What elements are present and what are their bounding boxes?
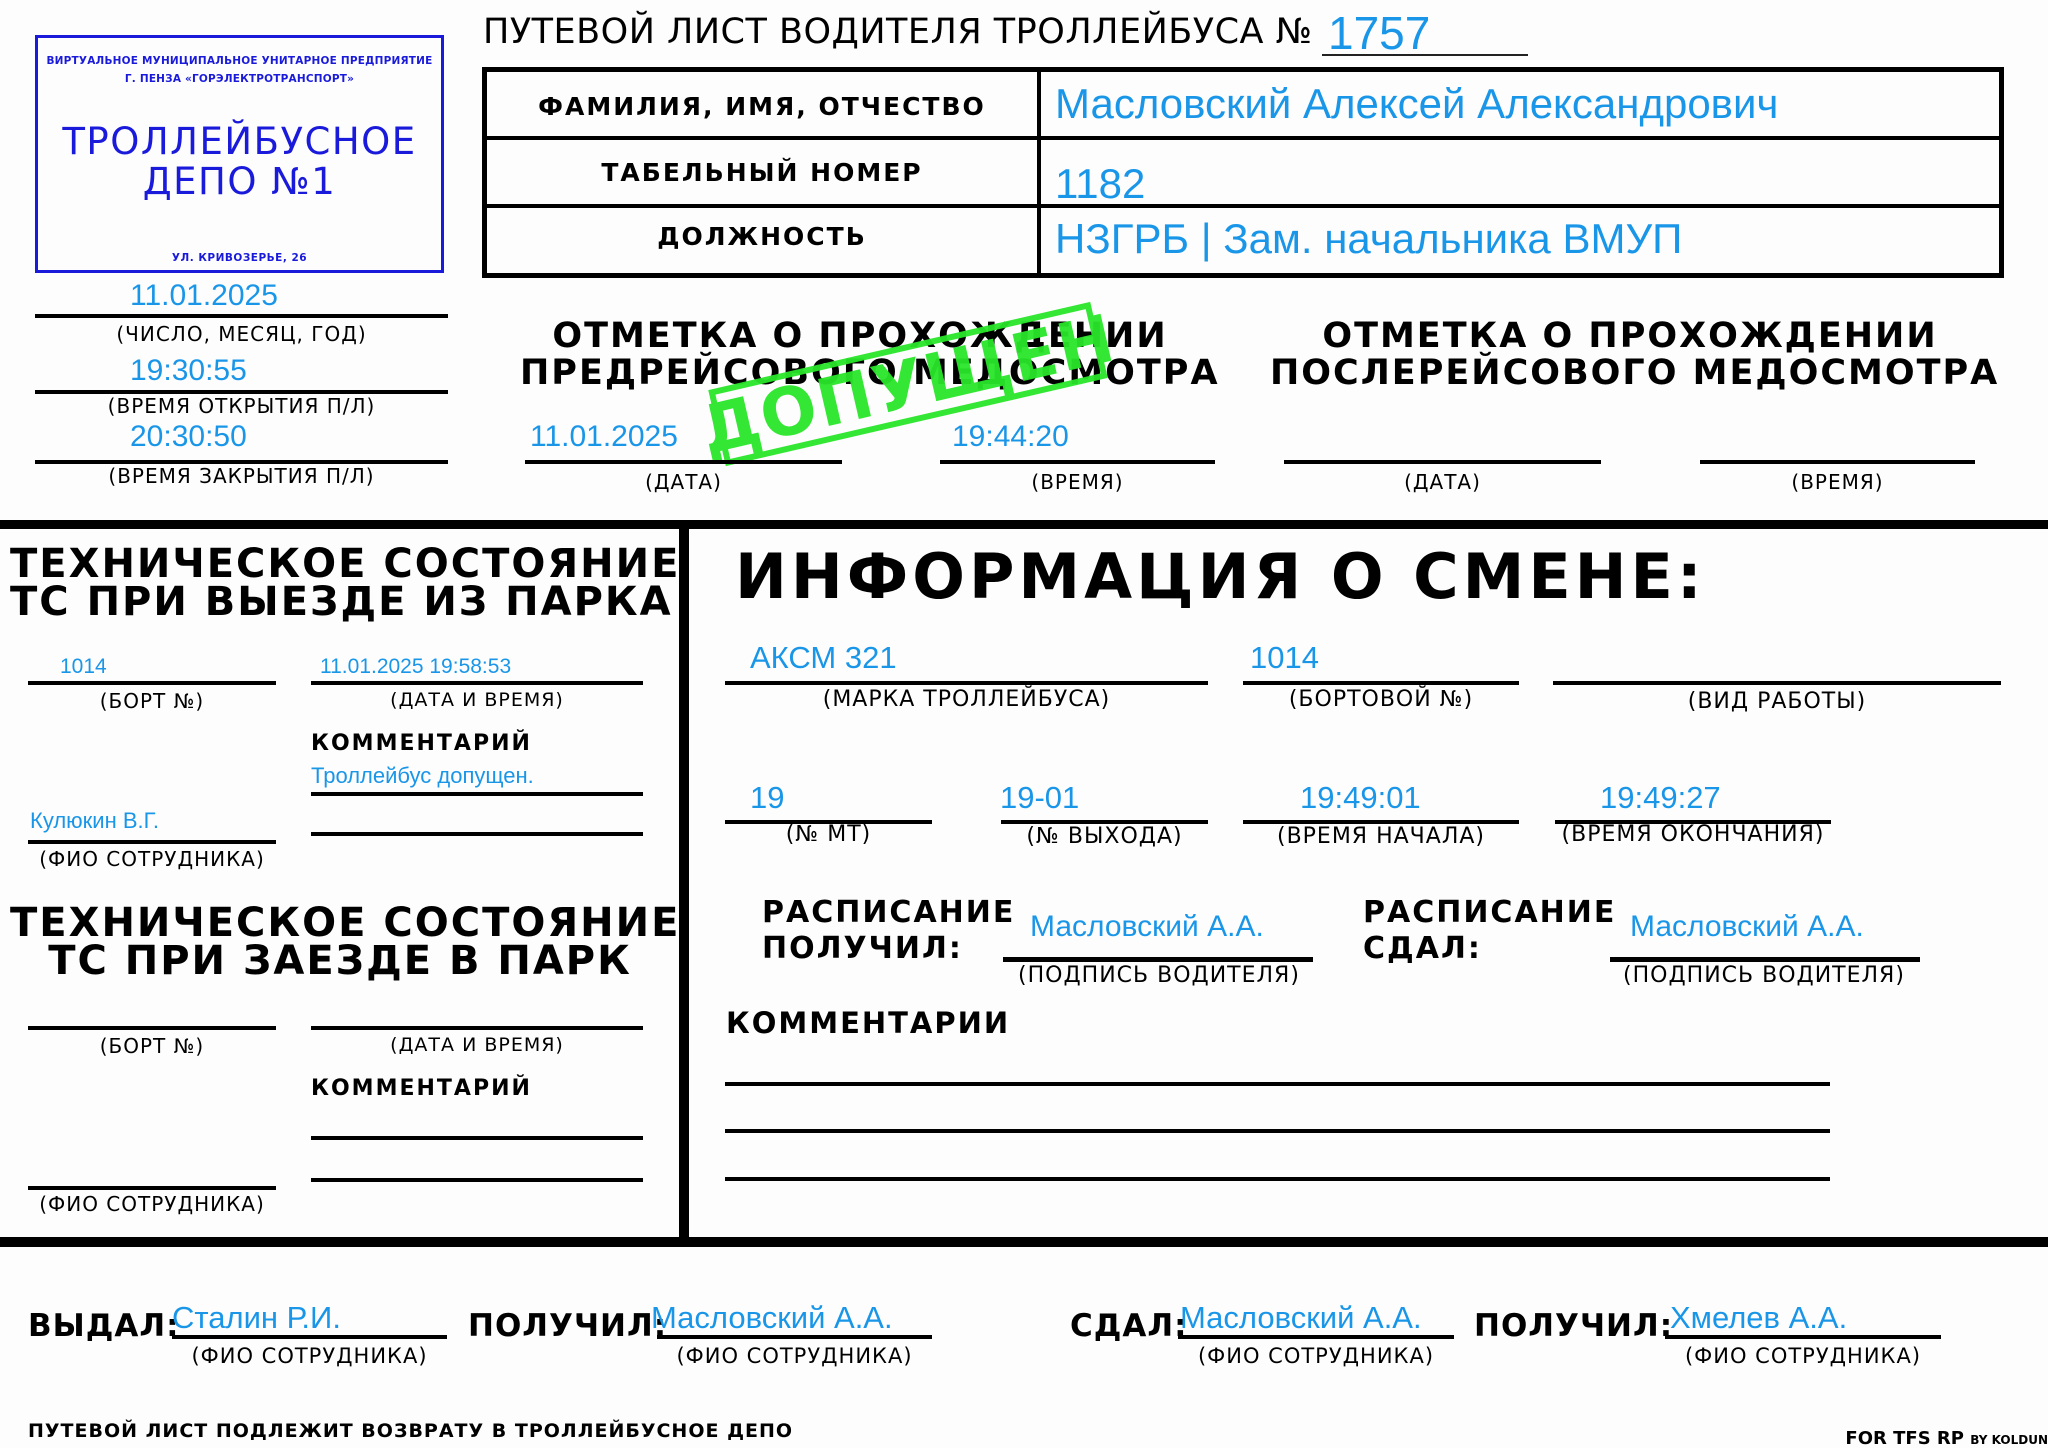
end-time-value[interactable]: 19:49:27 (1600, 780, 1721, 816)
returned-label: СДАЛ: (1070, 1308, 1188, 1344)
tech-return-heading: ТЕХНИЧЕСКОЕ СОСТОЯНИЕ ТС ПРИ ЗАЕЗДЕ В ПА… (10, 904, 670, 980)
schedule-received-line-2: ПОЛУЧИЛ: (762, 931, 1015, 967)
end-time-caption: (ВРЕМЯ ОКОНЧАНИЯ) (1540, 822, 1846, 847)
tech-exit-datetime-value[interactable]: 11.01.2025 19:58:53 (320, 655, 511, 679)
tech-return-board-caption: (БОРТ №) (28, 1034, 276, 1058)
personnel-number-value[interactable]: 1182 (1055, 160, 1145, 208)
section-divider-top (0, 520, 2048, 529)
posttrip-heading-line-2: ПОСЛЕРЕЙСОВОГО МЕДОСМОТРА (1270, 355, 1990, 392)
tech-exit-employee-line (28, 840, 276, 844)
issued-caption: (ФИО СОТРУДНИКА) (172, 1344, 447, 1368)
trolleybus-model-value[interactable]: АКСМ 321 (750, 640, 897, 676)
page-title: ПУТЕВОЙ ЛИСТ ВОДИТЕЛЯ ТРОЛЛЕЙБУСА № (483, 12, 1313, 52)
schedule-returned-line-1: РАСПИСАНИЕ (1363, 895, 1616, 931)
posttrip-time-caption: (ВРЕМЯ) (1700, 470, 1975, 494)
org-line-1: ВИРТУАЛЬНОЕ МУНИЦИПАЛЬНОЕ УНИТАРНОЕ ПРЕД… (38, 52, 441, 70)
tech-exit-employee-value[interactable]: Кулюкин В.Г. (30, 808, 159, 834)
full-name-label: ФАМИЛИЯ, ИМЯ, ОТЧЕСТВО (487, 92, 1037, 121)
start-time-value[interactable]: 19:49:01 (1300, 780, 1421, 816)
shift-comments-label: КОММЕНТАРИИ (726, 1006, 1010, 1040)
schedule-returned-label: РАСПИСАНИЕ СДАЛ: (1363, 895, 1616, 967)
schedule-received-caption: (ПОДПИСЬ ВОДИТЕЛЯ) (1000, 963, 1318, 988)
received-label: ПОЛУЧИЛ: (468, 1308, 667, 1344)
route-number-value[interactable]: 19 (750, 780, 784, 816)
credits: FOR TFS RP BY KOLDUN (1845, 1428, 2048, 1448)
tech-exit-datetime-caption: (ДАТА И ВРЕМЯ) (311, 689, 643, 711)
trolleybus-model-caption: (МАРКА ТРОЛЛЕЙБУСА) (725, 687, 1208, 712)
received-caption: (ФИО СОТРУДНИКА) (657, 1344, 932, 1368)
depot-line-2: ДЕПО №1 (38, 162, 441, 202)
tech-return-heading-line-2: ТС ПРИ ЗАЕЗДЕ В ПАРК (10, 942, 670, 980)
tech-return-heading-line-1: ТЕХНИЧЕСКОЕ СОСТОЯНИЕ (10, 904, 670, 942)
tech-return-employee-caption: (ФИО СОТРУДНИКА) (22, 1192, 282, 1216)
board-number-line (1243, 681, 1519, 685)
tech-exit-datetime-line (311, 681, 643, 685)
depot-logo-stamp: ВИРТУАЛЬНОЕ МУНИЦИПАЛЬНОЕ УНИТАРНОЕ ПРЕД… (35, 35, 444, 273)
close-time-value[interactable]: 20:30:50 (130, 420, 247, 454)
issued-value[interactable]: Сталин Р.И. (172, 1300, 341, 1336)
returned-line (1178, 1335, 1454, 1339)
pretrip-date-line (525, 460, 842, 464)
returned-value[interactable]: Масловский А.А. (1180, 1300, 1422, 1336)
tech-return-comment-label: КОММЕНТАРИЙ (311, 1076, 532, 1101)
start-time-caption: (ВРЕМЯ НАЧАЛА) (1243, 824, 1519, 849)
tech-exit-comment-value[interactable]: Троллейбус допущен. (311, 763, 534, 789)
issued-label: ВЫДАЛ: (28, 1308, 180, 1344)
accepted-value[interactable]: Хмелев А.А. (1670, 1300, 1847, 1336)
posttrip-date-line[interactable] (1284, 460, 1601, 464)
section-divider-vertical (679, 520, 689, 1242)
trolleybus-model-line (725, 681, 1208, 685)
shift-comment-line-1[interactable] (725, 1082, 1830, 1086)
tech-return-board-line[interactable] (28, 1026, 276, 1030)
organization-name: ВИРТУАЛЬНОЕ МУНИЦИПАЛЬНОЕ УНИТАРНОЕ ПРЕД… (38, 52, 441, 88)
posttrip-heading-line-1: ОТМЕТКА О ПРОХОЖДЕНИИ (1270, 318, 1990, 355)
section-divider-bottom (0, 1237, 2048, 1247)
shift-comment-line-2[interactable] (725, 1129, 1830, 1133)
accepted-caption: (ФИО СОТРУДНИКА) (1665, 1344, 1941, 1368)
close-time-caption: (ВРЕМЯ ЗАКРЫТИЯ П/Л) (35, 464, 448, 488)
received-value[interactable]: Масловский А.А. (651, 1300, 893, 1336)
tech-return-employee-line[interactable] (28, 1186, 276, 1190)
tech-exit-board-line (28, 681, 276, 685)
depot-address: УЛ. КРИВОЗЕРЬЕ, 26 (38, 252, 441, 264)
posttrip-time-line[interactable] (1700, 460, 1975, 464)
schedule-returned-signature[interactable]: Масловский А.А. (1630, 910, 1864, 944)
driver-info-table: ФАМИЛИЯ, ИМЯ, ОТЧЕСТВО Масловский Алексе… (482, 67, 2004, 278)
table-row: ТАБЕЛЬНЫЙ НОМЕР 1182 (487, 140, 1999, 208)
waybill-number[interactable]: 1757 (1328, 6, 1430, 60)
board-number-value[interactable]: 1014 (1250, 640, 1319, 676)
received-line (657, 1335, 932, 1339)
tech-exit-heading: ТЕХНИЧЕСКОЕ СОСТОЯНИЕ ТС ПРИ ВЫЕЗДЕ ИЗ П… (10, 545, 670, 621)
pretrip-time-line (940, 460, 1215, 464)
tech-return-comment-line-2[interactable] (311, 1178, 643, 1182)
route-number-caption: (№ МТ) (725, 822, 932, 847)
tech-exit-board-value[interactable]: 1014 (60, 655, 107, 679)
accepted-line (1665, 1335, 1941, 1339)
open-time-caption: (ВРЕМЯ ОТКРЫТИЯ П/Л) (35, 394, 448, 418)
accepted-label: ПОЛУЧИЛ: (1474, 1308, 1673, 1344)
credits-author: BY KOLDUN (1970, 1433, 2048, 1447)
shift-comment-line-3[interactable] (725, 1177, 1830, 1181)
depot-line-1: ТРОЛЛЕЙБУСНОЕ (38, 122, 441, 162)
waybill-number-underline (1322, 54, 1528, 56)
tech-exit-comment-label: КОММЕНТАРИЙ (311, 731, 532, 756)
full-name-value[interactable]: Масловский Алексей Александрович (1055, 80, 1778, 128)
tech-return-datetime-caption: (ДАТА И ВРЕМЯ) (311, 1034, 643, 1056)
open-time-value[interactable]: 19:30:55 (130, 354, 247, 388)
tech-exit-employee-caption: (ФИО СОТРУДНИКА) (22, 847, 282, 871)
tech-exit-heading-line-2: ТС ПРИ ВЫЕЗДЕ ИЗ ПАРКА (10, 583, 670, 621)
pretrip-date-caption: (ДАТА) (525, 470, 842, 494)
schedule-received-line-1: РАСПИСАНИЕ (762, 895, 1015, 931)
work-type-caption: (ВИД РАБОТЫ) (1553, 689, 2001, 714)
shift-info-title: ИНФОРМАЦИЯ О СМЕНЕ: (735, 540, 1706, 613)
exit-number-caption: (№ ВЫХОДА) (995, 824, 1214, 849)
org-line-2: Г. ПЕНЗА «ГОРЭЛЕКТРОТРАНСПОРТ» (38, 70, 441, 88)
pretrip-date-value[interactable]: 11.01.2025 (530, 420, 678, 454)
returned-caption: (ФИО СОТРУДНИКА) (1178, 1344, 1454, 1368)
tech-exit-board-caption: (БОРТ №) (28, 689, 276, 713)
posttrip-medical-heading: ОТМЕТКА О ПРОХОЖДЕНИИ ПОСЛЕРЕЙСОВОГО МЕД… (1270, 318, 1990, 392)
pretrip-time-caption: (ВРЕМЯ) (940, 470, 1215, 494)
credits-main: FOR TFS RP (1845, 1428, 1964, 1448)
tech-exit-comment-line-2 (311, 832, 643, 836)
personnel-number-label: ТАБЕЛЬНЫЙ НОМЕР (487, 158, 1037, 187)
waybill-date-value[interactable]: 11.01.2025 (130, 279, 278, 313)
board-number-caption: (БОРТОВОЙ №) (1243, 687, 1519, 712)
schedule-returned-line (1610, 957, 1920, 962)
return-notice: ПУТЕВОЙ ЛИСТ ПОДЛЕЖИТ ВОЗВРАТУ В ТРОЛЛЕЙ… (28, 1420, 793, 1442)
posttrip-date-caption: (ДАТА) (1284, 470, 1601, 494)
tech-return-comment-line-1[interactable] (311, 1136, 643, 1140)
issued-line (172, 1335, 447, 1339)
schedule-returned-line-2: СДАЛ: (1363, 931, 1616, 967)
exit-number-value[interactable]: 19-01 (1000, 780, 1079, 816)
schedule-received-label: РАСПИСАНИЕ ПОЛУЧИЛ: (762, 895, 1015, 967)
work-type-line[interactable] (1553, 681, 2001, 685)
schedule-received-line (1003, 957, 1313, 962)
waybill-date-line (35, 314, 448, 318)
schedule-returned-caption: (ПОДПИСЬ ВОДИТЕЛЯ) (1605, 963, 1923, 988)
depot-name: ТРОЛЛЕЙБУСНОЕ ДЕПО №1 (38, 122, 441, 202)
tech-exit-heading-line-1: ТЕХНИЧЕСКОЕ СОСТОЯНИЕ (10, 545, 670, 583)
schedule-received-signature[interactable]: Масловский А.А. (1030, 910, 1264, 944)
tech-return-datetime-line[interactable] (311, 1026, 643, 1030)
position-label: ДОЛЖНОСТЬ (487, 222, 1037, 251)
waybill-date-caption: (ЧИСЛО, МЕСЯЦ, ГОД) (35, 322, 448, 346)
tech-exit-comment-line-1 (311, 792, 643, 796)
position-value[interactable]: НЗГРБ | Зам. начальника ВМУП (1055, 215, 1682, 263)
table-row: ДОЛЖНОСТЬ НЗГРБ | Зам. начальника ВМУП (487, 208, 1999, 274)
pretrip-time-value[interactable]: 19:44:20 (952, 420, 1069, 454)
table-row: ФАМИЛИЯ, ИМЯ, ОТЧЕСТВО Масловский Алексе… (487, 72, 1999, 140)
